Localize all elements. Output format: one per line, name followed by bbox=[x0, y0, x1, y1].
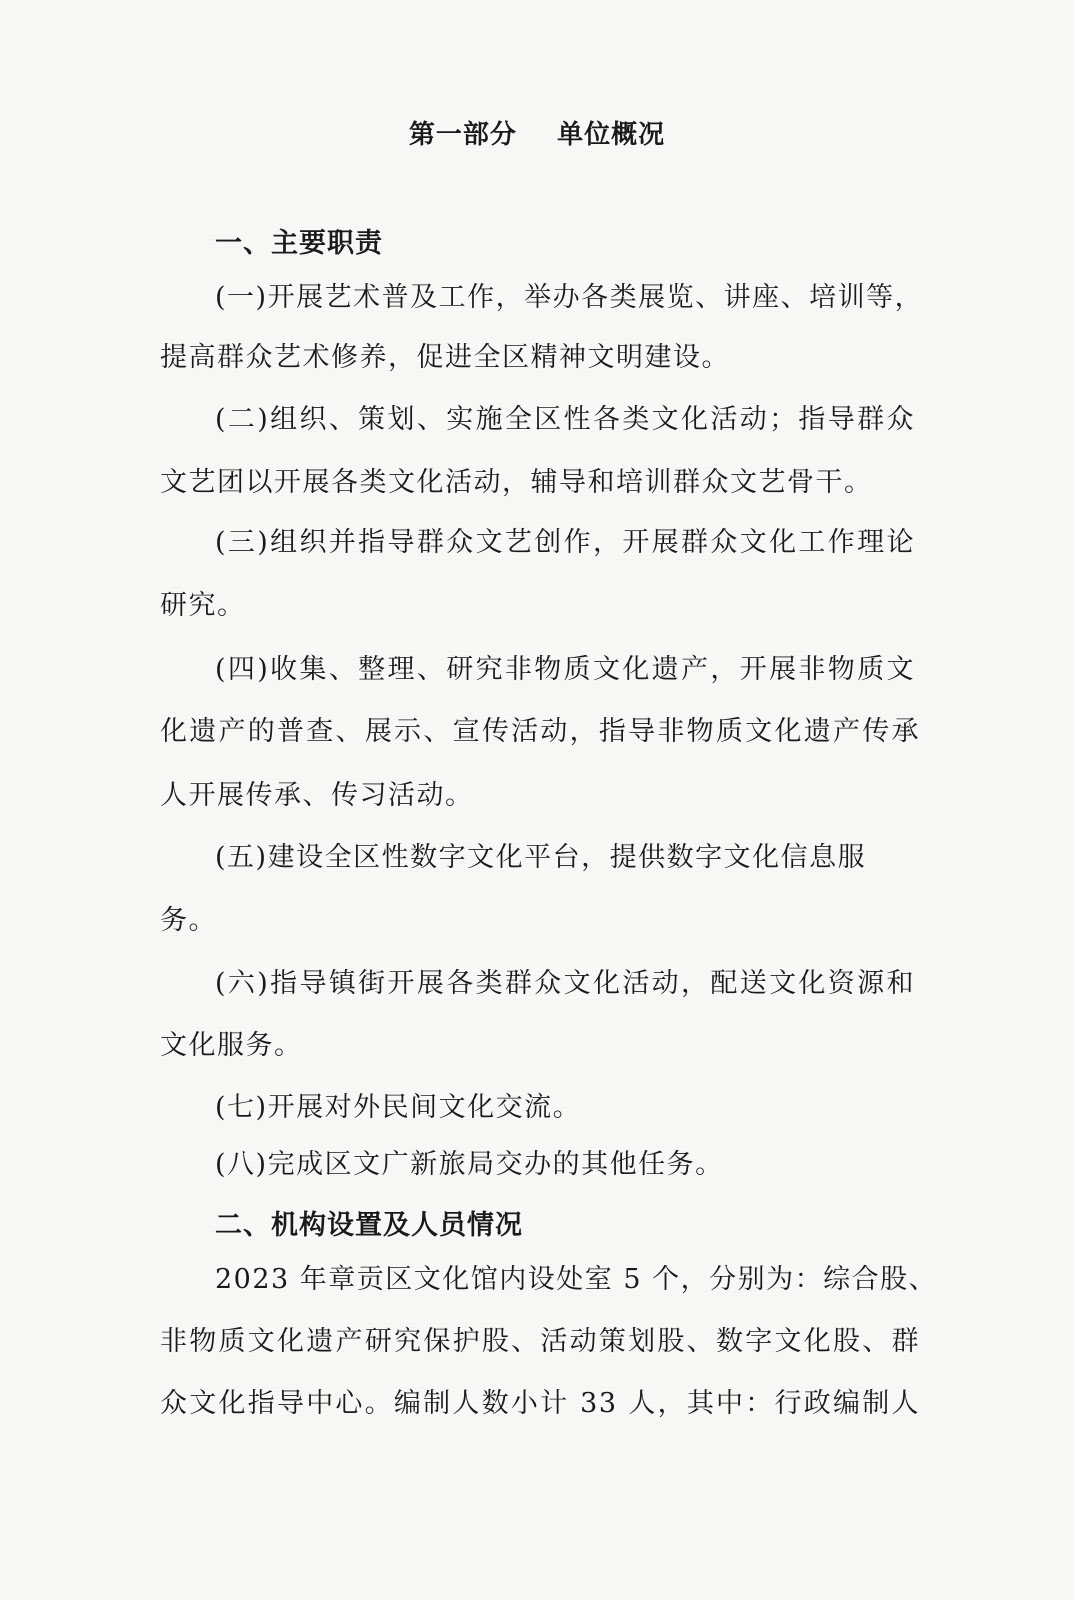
page-title: 第一部分 单位概况 bbox=[0, 114, 1074, 151]
paragraph-line: 非物质文化遗产研究保护股、活动策划股、数字文化股、群 bbox=[160, 1324, 920, 1360]
paragraph-line: 文艺团以开展各类文化活动，辅导和培训群众文艺骨干。 bbox=[160, 465, 920, 501]
paragraph-line: (八)完成区文广新旅局交办的其他任务。 bbox=[215, 1147, 915, 1183]
paragraph-line: (六)指导镇街开展各类群众文化活动，配送文化资源和 bbox=[215, 966, 915, 1002]
paragraph-line: (一)开展艺术普及工作，举办各类展览、讲座、培训等， bbox=[215, 280, 915, 316]
paragraph-line: 研究。 bbox=[160, 588, 920, 624]
paragraph-line: 化遗产的普查、展示、宣传活动，指导非物质文化遗产传承 bbox=[160, 714, 920, 750]
paragraph-line: (三)组织并指导群众文艺创作，开展群众文化工作理论 bbox=[215, 525, 915, 561]
section-heading-duties: 一、主要职责 bbox=[215, 226, 915, 262]
paragraph-line: (五)建设全区性数字文化平台，提供数字文化信息服 bbox=[215, 840, 915, 876]
paragraph-line: 众文化指导中心。编制人数小计 33 人，其中：行政编制人 bbox=[160, 1386, 920, 1422]
paragraph-line: 文化服务。 bbox=[160, 1028, 920, 1064]
paragraph-line: 提高群众艺术修养，促进全区精神文明建设。 bbox=[160, 340, 920, 376]
paragraph-line: 务。 bbox=[160, 903, 920, 939]
paragraph-line: (七)开展对外民间文化交流。 bbox=[215, 1090, 915, 1126]
paragraph-line: 人开展传承、传习活动。 bbox=[160, 778, 920, 814]
paragraph-line: 2023 年章贡区文化馆内设处室 5 个，分别为：综合股、 bbox=[215, 1262, 915, 1298]
section-heading-organization: 二、机构设置及人员情况 bbox=[215, 1208, 915, 1244]
document-page: 第一部分 单位概况 一、主要职责 (一)开展艺术普及工作，举办各类展览、讲座、培… bbox=[0, 0, 1074, 1600]
paragraph-line: (四)收集、整理、研究非物质文化遗产，开展非物质文 bbox=[215, 652, 915, 688]
paragraph-line: (二)组织、策划、实施全区性各类文化活动；指导群众 bbox=[215, 402, 915, 438]
